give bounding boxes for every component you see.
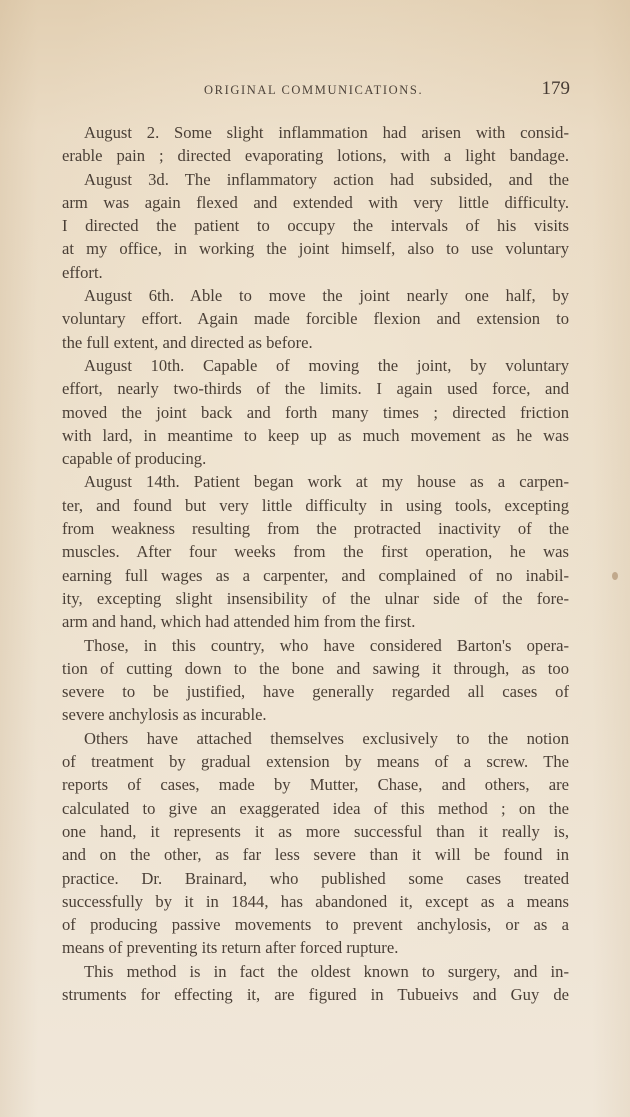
text-line: voluntary effort. Again made forcible fl… bbox=[62, 307, 569, 330]
paper-speck-mark bbox=[612, 572, 618, 580]
text-line: erable pain ; directed evaporating lotio… bbox=[62, 144, 569, 167]
running-title: Original Communications. bbox=[204, 83, 423, 98]
text-line: capable of producing. bbox=[62, 447, 569, 470]
text-line: August 6th. Able to move the joint nearl… bbox=[62, 284, 569, 307]
text-line: of producing passive movements to preven… bbox=[62, 913, 569, 936]
text-line: earning full wages as a carpenter, and c… bbox=[62, 564, 569, 587]
text-line: I directed the patient to occupy the int… bbox=[62, 214, 569, 237]
text-line: one hand, it represents it as more succe… bbox=[62, 820, 569, 843]
text-line: moved the joint back and forth many time… bbox=[62, 401, 569, 424]
body-text: August 2. Some slight inflammation had a… bbox=[62, 121, 569, 1006]
text-line: August 2. Some slight inflammation had a… bbox=[62, 121, 569, 144]
text-line: calculated to give an exaggerated idea o… bbox=[62, 797, 569, 820]
text-line: effort. bbox=[62, 261, 569, 284]
text-line: arm was again flexed and extended with v… bbox=[62, 191, 569, 214]
text-line: August 14th. Patient began work at my ho… bbox=[62, 470, 569, 493]
text-line: August 3d. The inflammatory action had s… bbox=[62, 168, 569, 191]
text-line: effort, nearly two-thirds of the limits.… bbox=[62, 377, 569, 400]
running-head: Original Communications. 179 bbox=[62, 80, 570, 102]
text-line: August 10th. Capable of moving the joint… bbox=[62, 354, 569, 377]
text-line: at my office, in working the joint himse… bbox=[62, 237, 569, 260]
text-line: successfully by it in 1844, has abandone… bbox=[62, 890, 569, 913]
text-line: Those, in this country, who have conside… bbox=[62, 634, 569, 657]
text-line: severe to be justified, have generally r… bbox=[62, 680, 569, 703]
text-line: of treatment by gradual extension by mea… bbox=[62, 750, 569, 773]
text-line: ter, and found but very little difficult… bbox=[62, 494, 569, 517]
text-line: the full extent, and directed as before. bbox=[62, 331, 569, 354]
text-line: This method is in fact the oldest known … bbox=[62, 960, 569, 983]
text-line: reports of cases, made by Mutter, Chase,… bbox=[62, 773, 569, 796]
text-line: severe anchylosis as incurable. bbox=[62, 703, 569, 726]
text-line: practice. Dr. Brainard, who published so… bbox=[62, 867, 569, 890]
text-line: struments for effecting it, are figured … bbox=[62, 983, 569, 1006]
book-page: Original Communications. 179 August 2. S… bbox=[0, 0, 630, 1117]
text-line: with lard, in meantime to keep up as muc… bbox=[62, 424, 569, 447]
text-line: arm and hand, which had attended him fro… bbox=[62, 610, 569, 633]
text-line: means of preventing its return after for… bbox=[62, 936, 569, 959]
text-line: ity, excepting slight insensibility of t… bbox=[62, 587, 569, 610]
text-line: from weakness resulting from the protrac… bbox=[62, 517, 569, 540]
text-line: and on the other, as far less severe tha… bbox=[62, 843, 569, 866]
text-line: Others have attached themselves exclusiv… bbox=[62, 727, 569, 750]
text-line: tion of cutting down to the bone and saw… bbox=[62, 657, 569, 680]
text-line: muscles. After four weeks from the first… bbox=[62, 540, 569, 563]
page-number: 179 bbox=[542, 78, 571, 100]
